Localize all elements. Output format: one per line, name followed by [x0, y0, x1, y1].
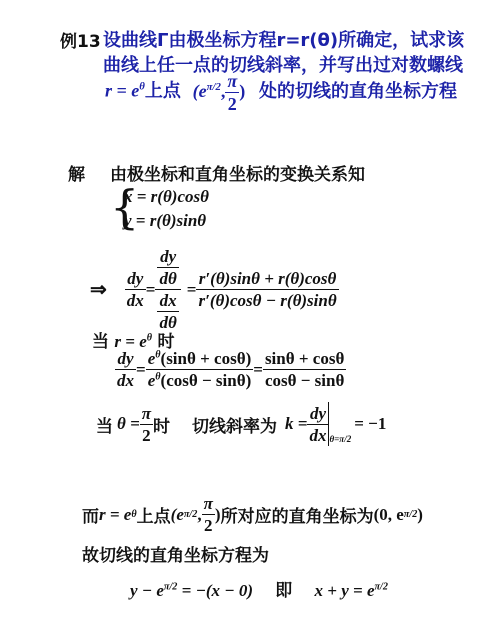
frac-num: sinθ + cosθ [263, 350, 346, 370]
ie-text: 即 [275, 581, 292, 601]
point-close: ) [239, 81, 245, 101]
pi-over-2: π2 [140, 405, 153, 444]
slope-k: k = [285, 414, 307, 434]
exp-frac: eθ(sinθ + cosθ) eθ(cosθ − sinθ) [146, 350, 254, 389]
specific-derivative: dydx = eθ(sinθ + cosθ) eθ(cosθ − sinθ) =… [115, 350, 346, 389]
inner-bottom: dxdθ [157, 292, 178, 331]
equals: = [146, 280, 156, 300]
when-text: 当 [96, 412, 113, 437]
dydx-frac: dydx [307, 405, 328, 444]
point-exponent: π/2 [207, 81, 221, 93]
equals: = [136, 360, 146, 380]
conclusion-label: 故切线的直角坐标方程为 [82, 541, 269, 566]
frac-num: r′(θ)sinθ + r(θ)cosθ [196, 270, 338, 290]
final-equations: y − eπ/2 = −(x − 0) 即 x + y = eπ/2 [130, 576, 388, 601]
eq2-left: x + y = e [315, 581, 375, 600]
exponent: π/2 [164, 581, 178, 592]
rest: (sinθ + cosθ) [161, 349, 252, 368]
eq1-left: y − e [130, 581, 164, 600]
system-eq-y: y = r(θ)sinθ [124, 211, 206, 231]
exponent: θ [147, 332, 152, 343]
slope-label: 切线斜率为 [192, 412, 277, 437]
prefix: 而 [82, 502, 99, 527]
rect-label: 所对应的直角坐标为 [221, 502, 374, 527]
frac-den: dθ [157, 268, 178, 287]
general-derivative: ⇒ dydx = dydθ dxdθ = r′(θ)sinθ + r(θ)cos… [90, 248, 339, 331]
when-text: 当 [92, 332, 109, 352]
frac-num: dydθ [155, 248, 180, 290]
problem-line-1: 设曲线Γ由极坐标方程r=r(θ)所确定，试求该 [103, 26, 464, 52]
frac-den: cosθ − sinθ [263, 370, 346, 389]
when-suffix: 时 [153, 412, 170, 437]
rect-open: (0, e [374, 505, 404, 525]
param-frac: dydθ dxdθ [155, 248, 180, 331]
frac-num: π [225, 72, 239, 93]
solution-intro: 由极坐标和直角坐标的变换关系知 [110, 160, 365, 185]
solution-label: 解 [68, 160, 85, 185]
point-rect-line: 而 r = eθ 上点 (eπ/2, π2 ) 所对应的直角坐标为 (0, eπ… [82, 495, 423, 534]
frac-den: dx [125, 290, 146, 309]
frac-den: 2 [140, 425, 153, 444]
simplified-frac: sinθ + cosθcosθ − sinθ [263, 350, 346, 389]
inner-top: dydθ [157, 248, 178, 287]
frac-den: dxdθ [155, 290, 180, 331]
frac-num: dy [125, 270, 146, 290]
point-coords: (eπ/2,π2) [193, 81, 246, 101]
frac-num: dy [307, 405, 328, 425]
frac-den: r′(θ)cosθ − r(θ)sinθ [196, 290, 338, 309]
problem-line-3: r = eθ上点 (eπ/2,π2) 处的切线的直角坐标方程 [105, 72, 457, 113]
frac-den: dx [307, 425, 328, 444]
frac-num: dy [157, 248, 178, 268]
frac-den: dx [115, 370, 136, 389]
exponent: π/2 [375, 581, 389, 592]
frac-num: π [202, 495, 215, 515]
on-point-text: 上点 [145, 81, 181, 102]
problem-tail: 处的切线的直角坐标方程 [259, 81, 457, 102]
implies-symbol: ⇒ [90, 277, 107, 302]
slope-value: = −1 [354, 414, 386, 434]
theta-eq: θ = [117, 414, 140, 434]
frac-num: eθ(sinθ + cosθ) [146, 350, 254, 370]
frac-den: eθ(cosθ − sinθ) [146, 370, 254, 389]
equals: = [187, 280, 197, 300]
frac-den: 2 [202, 515, 215, 534]
system-eq-x: x = r(θ)cosθ [124, 187, 209, 207]
coord-open: (e [171, 505, 184, 525]
frac-num: dy [115, 350, 136, 370]
evaluation-point: θ=π/2 [329, 434, 351, 444]
on-point-text: 上点 [137, 502, 171, 527]
frac-num: dx [157, 292, 178, 312]
dydx-frac: dydx [125, 270, 146, 309]
pi-over-2: π2 [202, 495, 215, 534]
curve-equation: r = e [105, 81, 139, 101]
frac-den: 2 [225, 93, 239, 113]
rest: (cosθ − sinθ) [161, 371, 252, 390]
example-label: 例13 [60, 27, 101, 52]
r-eq: r = e [99, 505, 131, 525]
equals: = [253, 360, 263, 380]
general-frac: r′(θ)sinθ + r(θ)cosθr′(θ)cosθ − r(θ)sinθ [196, 270, 338, 309]
when-theta-line: 当 θ = π2 时 切线斜率为 k = dydx θ=π/2 = −1 [96, 402, 386, 446]
frac-num: π [140, 405, 153, 425]
pi-over-2: π2 [225, 72, 239, 113]
rect-close: ) [417, 505, 423, 525]
dydx-frac: dydx [115, 350, 136, 389]
eq1-right: = −(x − 0) [182, 581, 253, 600]
point-open: (e [193, 81, 207, 101]
